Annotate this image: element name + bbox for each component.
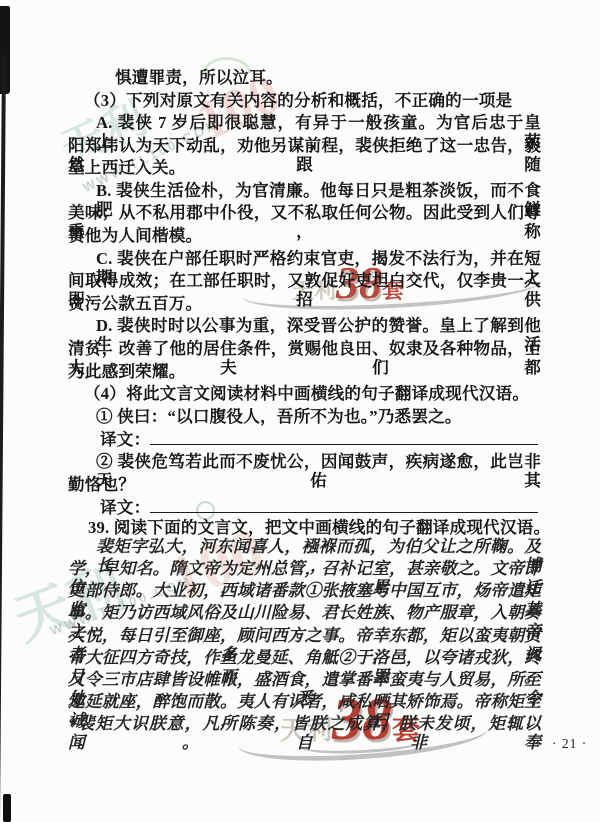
question-3-stem: （3）下列对原文有关内容的分析和概括，不正确的一项是 xyxy=(84,91,512,110)
passage-line: “裴矩大识朕意，凡所陈奏，皆朕之成算，朕未发顷，矩辄以闻。自非奉 xyxy=(68,714,541,753)
translation-line: 译文： xyxy=(100,498,538,517)
question-4-stem: （4）将此文言文阅读材料中画横线的句子翻译成现代汉语。 xyxy=(84,384,529,403)
answer-tail-line: 惧遭罪责，所以泣耳。 xyxy=(115,68,283,87)
option-d-line: 为此感到荣耀。 xyxy=(68,362,541,381)
scan-edge-artifact xyxy=(3,794,11,822)
question-39-stem: 39. 阅读下面的文言文，把文中画横线的句子翻译成现代汉语。 xyxy=(88,518,550,537)
page-number: · 21 · xyxy=(552,736,587,752)
scan-edge-line xyxy=(0,55,5,822)
translation-label: 译文： xyxy=(100,498,150,517)
translation-line: 译文： xyxy=(100,430,538,449)
question-4-sentence-1: ① 侠曰：“以口腹役人，吾所不为也。”乃悉罢之。 xyxy=(96,407,462,426)
translation-label: 译文： xyxy=(100,430,150,449)
option-b-line: 赞他为人间楷模。 xyxy=(68,226,541,245)
scanned-exam-page: 天利 100 WWW.TL100.COM 天利 100 WWW.TL100.CO… xyxy=(0,0,600,822)
option-c-line: 贪污公款五百万。 xyxy=(68,294,541,313)
option-a-line: 皇上西迁入关。 xyxy=(68,158,541,177)
question-4-sentence-2-line: 勤恪也？ xyxy=(68,475,541,494)
answer-blank-line xyxy=(150,430,538,445)
answer-blank-line xyxy=(150,498,538,513)
